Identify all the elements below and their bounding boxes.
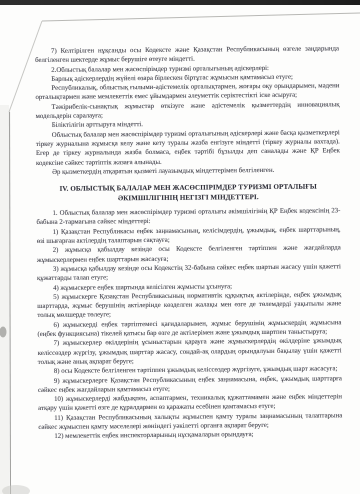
numbered-item: 5) жұмыскерге Қазақстан Республикасының … xyxy=(37,290,341,321)
paragraph: Облыстық балалар мен жасөспірімдер туриз… xyxy=(36,128,340,168)
paragraph: Республикалық, облыстық ғылыми-әдістемел… xyxy=(35,82,339,103)
numbered-item: 7) жұмыскерлер өкілдерінің ұсыныстарын қ… xyxy=(38,337,342,368)
scan-top-border xyxy=(0,0,360,5)
section-heading: IV. ОБЛЫСТЫҚ БАЛАЛАР МЕН ЖАСӨСПІРІМДЕР Т… xyxy=(42,182,334,205)
page-left-edge xyxy=(10,112,11,494)
paragraph: Әр қызметкердің атқаратын қызметі лауазы… xyxy=(36,165,340,177)
scan-smudge xyxy=(0,327,7,338)
scan-shadow xyxy=(2,485,30,494)
scanned-document-page: 7) Келтірілген нұқсанды осы Кодексте жән… xyxy=(0,0,360,494)
document-text: 7) Келтірілген нұқсанды осы Кодексте жән… xyxy=(35,44,342,441)
numbered-item: 12) мемлекеттік еңбек инспекторларының н… xyxy=(38,430,342,442)
scan-left-margin xyxy=(0,105,9,494)
page-top-edge xyxy=(42,13,360,21)
